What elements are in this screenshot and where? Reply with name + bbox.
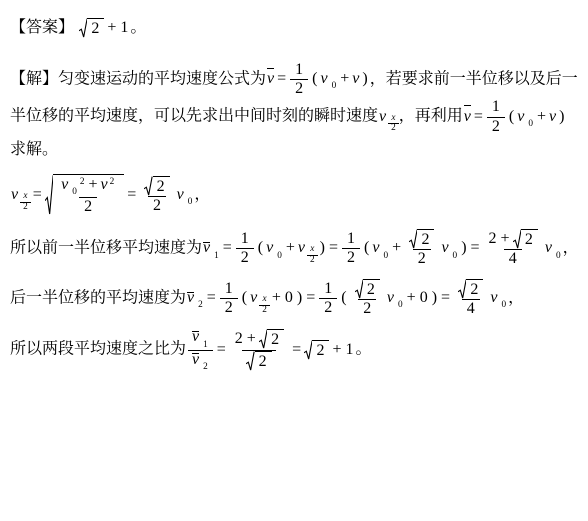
subscript-base: v: [516, 108, 525, 125]
fraction-denominator: 2: [220, 298, 238, 317]
overline-variable: v: [463, 103, 472, 131]
fraction-denominator: 2: [79, 197, 97, 216]
subscript: 2: [201, 363, 210, 372]
subscripted-variable: vx2: [249, 289, 270, 315]
subscript-base: v: [489, 289, 498, 306]
subscripted-variable: vx2: [378, 103, 399, 134]
math-variable: v: [378, 108, 387, 125]
fraction-numerator: 1: [319, 280, 337, 298]
fraction: v02+v22: [57, 176, 119, 217]
radical: 2: [513, 229, 538, 249]
math-variable: v: [10, 186, 19, 203]
fraction: 22: [351, 279, 384, 319]
formula-mid-time-velocity: vx2=v02+v22=22v0，: [10, 174, 578, 217]
math-symbol: 2: [151, 197, 163, 214]
subscript: 0: [451, 252, 460, 261]
math-symbol: ): [360, 70, 369, 87]
math-symbol: +: [245, 330, 258, 347]
math-symbol: 0: [381, 251, 390, 261]
math-symbol: =: [472, 108, 485, 125]
math-symbol: +: [284, 239, 297, 256]
math-symbol: =: [469, 239, 482, 256]
subscripted-variable: v2: [186, 289, 205, 310]
text-run: ，: [508, 289, 524, 306]
line-second-half-average: 后一半位移的平均速度为v2=12(vx2+0)=12(22v0+0)=24v0，: [10, 279, 578, 319]
math-symbol: +: [499, 230, 512, 247]
math-symbol: 2: [345, 249, 357, 266]
math-symbol: +: [330, 341, 343, 358]
math-symbol: +: [535, 108, 548, 125]
fraction: 24: [454, 279, 487, 319]
fraction: 12: [290, 61, 308, 99]
fraction-denominator: 2: [319, 298, 337, 317]
subscript-base: v: [371, 239, 380, 256]
radical: 2: [246, 351, 271, 371]
fraction-numerator: v02+v2: [57, 176, 119, 197]
math-symbol: 0: [283, 289, 295, 306]
subscript-base: v: [249, 289, 258, 306]
math-variable: v: [202, 239, 211, 256]
math-symbol: 0: [554, 251, 563, 261]
fraction-denominator: 2: [259, 305, 270, 316]
fraction: 22: [405, 229, 438, 269]
superscript: 2: [108, 178, 117, 187]
subscript-base: v: [544, 239, 553, 256]
math-symbol: 2: [260, 305, 269, 315]
math-variable: v: [351, 70, 360, 87]
fraction: 2+22: [230, 329, 288, 371]
fraction-numerator: v1: [188, 328, 213, 349]
math-symbol: 2: [239, 249, 251, 266]
fraction-numerator: 2+2: [484, 229, 542, 249]
math-variable: v: [440, 239, 449, 256]
math-symbol: 2: [223, 299, 235, 316]
math-symbol: =: [290, 341, 303, 358]
fraction-denominator: 2: [307, 255, 318, 266]
subscript: 0: [330, 82, 339, 91]
subscripted-variable: v0: [319, 65, 338, 93]
fraction-numerator: x: [308, 245, 316, 255]
subscripted-variable: vx2: [10, 186, 31, 212]
fraction-numerator: 1: [236, 230, 254, 248]
text-run: ，: [194, 186, 210, 203]
fraction-denominator: 4: [462, 299, 480, 318]
solution-paragraph: 【解】匀变速运动的平均速度公式为v=12(v0+v)，若要求前一半位移以及后一半…: [10, 61, 578, 165]
math-symbol: =: [221, 239, 234, 256]
text-run: 后一半位移的平均速度为: [10, 289, 186, 306]
math-symbol: 0: [499, 300, 508, 310]
fraction-denominator: 2: [20, 202, 31, 213]
radicand: v02+v22: [53, 174, 124, 217]
math-symbol: +: [338, 70, 351, 87]
subscript: 0: [275, 252, 284, 261]
math-variable: v: [489, 289, 498, 306]
fraction-denominator: 2: [487, 117, 505, 136]
math-symbol: 2: [155, 178, 167, 196]
subscripted-variable: v0: [489, 289, 508, 310]
subscript-base: v: [202, 239, 211, 256]
subscript: 0: [70, 188, 79, 197]
math-variable: v: [176, 186, 185, 203]
math-variable: x: [309, 244, 315, 254]
subscript-base: v: [319, 70, 328, 87]
math-variable: v: [60, 176, 69, 193]
math-symbol: 2: [490, 118, 502, 135]
math-variable: v: [249, 289, 258, 306]
fraction: 12: [236, 230, 254, 268]
overline-variable: v: [202, 239, 211, 257]
fraction-numerator: 2: [351, 279, 384, 299]
math-symbol: 1: [293, 61, 305, 78]
math-symbol: (: [339, 289, 348, 306]
radical-sign-icon: [355, 279, 363, 299]
radicand: 2: [312, 340, 329, 360]
fraction: 2+24: [484, 229, 542, 269]
subscript-base: v: [440, 239, 449, 256]
text-run: ，再利用: [399, 108, 463, 125]
math-symbol: 2: [82, 198, 94, 215]
radical: 2: [304, 340, 329, 360]
math-symbol: 0: [451, 251, 460, 261]
radical-sign-icon: [246, 351, 254, 371]
radical-sign-icon: [458, 279, 466, 299]
math-symbol: 2: [322, 299, 334, 316]
math-variable: v: [266, 70, 275, 87]
answer-line: 【答案】 2+1。: [10, 14, 578, 39]
fraction: x2: [307, 245, 318, 265]
text-run: 。: [130, 19, 146, 36]
subscripted-variable: vx2: [297, 239, 318, 265]
line-first-half-average: 所以前一半位移平均速度为v1=12(v0+vx2)=12(v0+22v0)=2+…: [10, 229, 578, 269]
text-run: 所以前一半位移平均速度为: [10, 239, 202, 256]
fraction-denominator: 4: [504, 249, 522, 268]
radical: 2: [144, 176, 169, 196]
fraction-denominator: 2: [358, 299, 376, 318]
math-symbol: 1: [345, 230, 357, 247]
text-run: 【答案】: [10, 19, 78, 36]
radical: 2: [79, 18, 104, 38]
fraction: 12: [220, 280, 238, 318]
math-variable: v: [386, 289, 395, 306]
subscript-base: v: [60, 176, 69, 193]
fraction-denominator: 2: [236, 248, 254, 267]
subscripted-variable: v0: [176, 186, 195, 207]
subscript: x2: [388, 114, 399, 134]
subscripted-variable: v2: [191, 351, 210, 372]
math-symbol: 2: [269, 331, 281, 349]
math-symbol: ): [459, 239, 468, 256]
math-symbol: 1: [344, 341, 356, 358]
math-symbol: 1: [201, 340, 210, 350]
math-symbol: 2: [257, 353, 269, 371]
subscript: 1: [201, 341, 210, 350]
subscript: 1: [212, 252, 221, 261]
math-symbol: 2: [361, 300, 373, 317]
fraction-denominator: 2: [290, 79, 308, 98]
subscripted-variable: v0: [386, 289, 405, 310]
subscripted-variable: v0: [516, 103, 535, 131]
subscript: 0: [499, 301, 508, 310]
math-symbol: 2: [365, 281, 377, 299]
math-symbol: (: [240, 289, 249, 306]
fraction-numerator: x: [389, 114, 397, 124]
fraction: 12: [342, 230, 360, 268]
subscript-base: v: [10, 186, 19, 203]
radical-sign-icon: [304, 340, 312, 360]
radicand: 2: [87, 18, 104, 38]
subscript: x2: [20, 192, 31, 212]
overline-variable: v: [266, 65, 275, 93]
radicand: 2: [267, 329, 284, 349]
subscript-base: v: [186, 289, 195, 306]
fraction-numerator: 2: [454, 279, 487, 299]
math-symbol: 1: [490, 98, 502, 115]
subscript: 2: [196, 301, 205, 310]
math-symbol: (: [362, 239, 371, 256]
subscript: 0: [526, 120, 535, 129]
math-variable: v: [516, 108, 525, 125]
subscript-base: v: [191, 351, 200, 368]
math-symbol: ): [295, 289, 304, 306]
math-symbol: ): [557, 108, 566, 125]
fraction-numerator: 2+2: [230, 329, 288, 349]
math-symbol: +: [405, 289, 418, 306]
radical-sign-icon: [259, 329, 267, 349]
overline-variable: v: [191, 351, 200, 369]
fraction: x2: [259, 295, 270, 315]
math-symbol: 2: [89, 20, 101, 38]
fraction: 22: [140, 176, 173, 216]
math-variable: v: [186, 289, 195, 306]
fraction-numerator: 1: [487, 98, 505, 116]
math-symbol: (: [256, 239, 265, 256]
text-run: 。: [356, 341, 372, 358]
radical-sign-icon: [45, 174, 53, 217]
math-symbol: 0: [275, 251, 284, 261]
fraction: 12: [487, 98, 505, 136]
math-symbol: 4: [465, 300, 477, 317]
text-run: 所以两段平均速度之比为: [10, 341, 186, 358]
line-ratio-result: 所以两段平均速度之比为v1v2=2+22=2+1。: [10, 328, 578, 372]
math-symbol: 2: [468, 281, 480, 299]
radicand: 2: [363, 279, 380, 299]
subscript: 0: [554, 252, 563, 261]
math-symbol: =: [275, 70, 288, 87]
math-variable: v: [191, 351, 200, 368]
math-variable: v: [191, 328, 200, 345]
math-symbol: =: [31, 186, 44, 203]
subscript-base: v: [191, 328, 200, 345]
radical: v02+v22: [45, 174, 124, 217]
math-symbol: 1: [118, 19, 130, 36]
math-symbol: 0: [70, 187, 79, 197]
math-symbol: 2: [108, 177, 117, 187]
math-symbol: (: [310, 70, 319, 87]
math-symbol: 2: [487, 230, 499, 247]
math-symbol: 2: [416, 250, 428, 267]
radical-sign-icon: [409, 229, 417, 249]
subscript: 0: [381, 252, 390, 261]
math-symbol: 2: [419, 231, 431, 249]
math-variable: v: [319, 70, 328, 87]
subscripted-variable: v0: [544, 239, 563, 260]
subscripted-variable: v1: [191, 328, 210, 349]
subscript-base: v: [176, 186, 185, 203]
radical: 2: [259, 329, 284, 349]
subscript: 0: [396, 301, 405, 310]
overline-variable: v: [186, 289, 195, 307]
fraction-numerator: x: [21, 192, 29, 202]
math-symbol: =: [304, 289, 317, 306]
math-symbol: 2: [293, 80, 305, 97]
fraction-numerator: 1: [220, 280, 238, 298]
math-symbol: +: [390, 239, 403, 256]
math-symbol: +: [86, 176, 99, 193]
math-variable: x: [390, 113, 396, 123]
math-symbol: 1: [212, 251, 221, 261]
math-symbol: 4: [507, 250, 519, 267]
math-symbol: 1: [223, 280, 235, 297]
math-symbol: +: [105, 19, 118, 36]
subscripted-variable: v0: [265, 239, 284, 260]
subscript: x2: [259, 295, 270, 315]
fraction-numerator: 1: [342, 230, 360, 248]
fraction: v1v2: [188, 328, 213, 372]
document: 【答案】 2+1。 【解】匀变速运动的平均速度公式为v=12(v0+v)，若要求…: [10, 14, 578, 521]
math-variable: v: [265, 239, 274, 256]
math-symbol: 2: [308, 255, 317, 265]
radicand: 2: [521, 229, 538, 249]
math-symbol: 2: [389, 123, 398, 133]
subscript-base: v: [265, 239, 274, 256]
math-symbol: =: [125, 186, 138, 203]
math-symbol: =: [205, 289, 218, 306]
fraction-denominator: 2: [148, 196, 166, 215]
text-run: 【解】匀变速运动的平均速度公式为: [10, 70, 266, 87]
math-symbol: 2: [201, 362, 210, 372]
math-symbol: 0: [330, 81, 339, 91]
math-variable: x: [22, 191, 28, 201]
fraction: x2: [20, 192, 31, 212]
radical: 2: [355, 279, 380, 299]
fraction-denominator: 2: [413, 249, 431, 268]
math-variable: x: [261, 294, 267, 304]
radical: 2: [458, 279, 483, 299]
math-symbol: 1: [239, 230, 251, 247]
math-symbol: 0: [526, 119, 535, 129]
math-symbol: =: [215, 341, 228, 358]
math-variable: v: [548, 108, 557, 125]
subscript: x2: [307, 245, 318, 265]
text-run: ，: [563, 239, 579, 256]
overline-variable: v: [191, 328, 200, 346]
text-run: 求解。: [10, 141, 58, 158]
fraction-denominator: 2: [242, 350, 275, 371]
math-symbol: +: [270, 289, 283, 306]
fraction-denominator: 2: [342, 248, 360, 267]
fraction: 12: [319, 280, 337, 318]
subscript-base: v: [386, 289, 395, 306]
subscripted-variable: v0: [60, 176, 79, 197]
math-symbol: 2: [233, 330, 245, 347]
radicand: 2: [417, 229, 434, 249]
fraction-denominator: 2: [388, 123, 399, 134]
math-symbol: 2: [523, 231, 535, 249]
math-symbol: 2: [196, 300, 205, 310]
subscripted-variable: v0: [440, 239, 459, 260]
radical-sign-icon: [144, 176, 152, 196]
math-symbol: =: [439, 289, 452, 306]
radicand: 2: [466, 279, 483, 299]
radicand: 2: [255, 351, 272, 371]
math-symbol: 2: [314, 342, 326, 360]
math-variable: v: [544, 239, 553, 256]
math-symbol: 1: [322, 280, 334, 297]
math-symbol: (: [507, 108, 516, 125]
math-symbol: 0: [418, 289, 430, 306]
radical-sign-icon: [79, 18, 87, 38]
subscripted-variable: v1: [202, 239, 221, 260]
fraction-numerator: 1: [290, 61, 308, 79]
radicand: 2: [153, 176, 170, 196]
subscripted-variable: v0: [371, 239, 390, 260]
math-variable: v: [371, 239, 380, 256]
subscript-base: v: [297, 239, 306, 256]
fraction-numerator: 2: [140, 176, 173, 196]
fraction-numerator: x: [260, 295, 268, 305]
math-variable: v: [297, 239, 306, 256]
radical-sign-icon: [513, 229, 521, 249]
math-symbol: 0: [396, 300, 405, 310]
subscript-base: v: [378, 108, 387, 125]
math-variable: v: [463, 108, 472, 125]
fraction: x2: [388, 114, 399, 134]
math-symbol: 2: [21, 202, 30, 212]
fraction-numerator: 2: [405, 229, 438, 249]
math-symbol: ): [318, 239, 327, 256]
math-symbol: =: [327, 239, 340, 256]
fraction-denominator: v2: [188, 350, 213, 372]
radical: 2: [409, 229, 434, 249]
math-symbol: ): [430, 289, 439, 306]
